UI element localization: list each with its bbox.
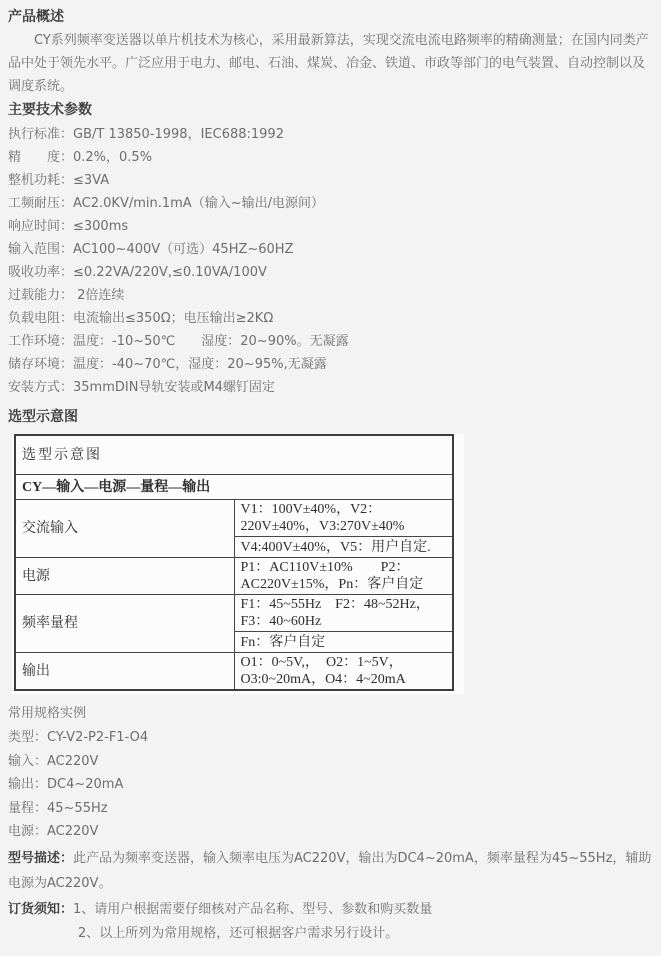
table-title-cell: 选型示意图 xyxy=(15,435,453,475)
tech-param-line: 执行标准：GB/T 13850-1998，IEC688:1992 xyxy=(8,123,653,146)
frequency-range-options-cell: Fn：客户自定 xyxy=(234,632,453,653)
tech-param-line: 安装方式：35mmDIN导轨安装或M4螺钉固定 xyxy=(8,376,653,399)
frequency-range-options-cell: F1：45~55Hz F2：48~52Hz， F3：40~60Hz xyxy=(234,595,453,632)
tech-param-line: 吸收功率：≤0.22VA/220V,≤0.10VA/100V xyxy=(8,261,653,284)
table-row: 频率量程 F1：45~55Hz F2：48~52Hz， F3：40~60Hz xyxy=(15,595,453,632)
model-description-text: 此产品为频率变送器，输入频率电压为AC220V，输出为DC4~20mA，频率量程… xyxy=(8,851,651,891)
tech-param-line: 工频耐压：AC2.0KV/min.1mA（输入~输出/电源间） xyxy=(8,192,653,215)
model-description-label: 型号描述： xyxy=(8,851,73,866)
tech-param-line: 精 度：0.2%，0.5% xyxy=(8,146,653,169)
tech-param-line: 整机功耗：≤3VA xyxy=(8,169,653,192)
product-overview-heading: 产品概述 xyxy=(8,8,653,26)
model-selection-table: 选型示意图 CY—输入—电源—量程—输出 交流输入 V1：100V±40%，V2… xyxy=(14,434,454,691)
tech-param-line: 储存环境：温度：-40~70℃，湿度：20~95%,无凝露 xyxy=(8,353,653,376)
order-note-item: 1、请用户根据需要仔细核对产品名称、型号、参数和购买数量 xyxy=(73,902,432,917)
ac-input-options-cell: V1：100V±40%，V2：220V±40%，V3:270V±40% xyxy=(234,500,453,537)
model-code-format-cell: CY—输入—电源—量程—输出 xyxy=(15,475,453,500)
order-note-item: 2、以上所列为常用规格，还可根据客户需求另行设计。 xyxy=(8,922,653,946)
tech-params-list: 执行标准：GB/T 13850-1998，IEC688:1992 精 度：0.2… xyxy=(8,123,653,399)
product-document: 产品概述 CY系列频率变送器以单片机技术为核心，采用最新算法，实现交流电流电路频… xyxy=(0,0,661,956)
table-row: CY—输入—电源—量程—输出 xyxy=(15,475,453,500)
table-row: 选型示意图 xyxy=(15,435,453,475)
order-notes-label: 订货须知： xyxy=(8,902,73,917)
spec-line: 量程：45~55Hz xyxy=(8,797,653,821)
spec-line: 电源：AC220V xyxy=(8,820,653,844)
spec-line: 类型：CY-V2-P2-F1-O4 xyxy=(8,726,653,750)
table-row: 交流输入 V1：100V±40%，V2：220V±40%，V3:270V±40% xyxy=(15,500,453,537)
tech-param-line: 响应时间：≤300ms xyxy=(8,215,653,238)
output-label-cell: 输出 xyxy=(15,653,234,691)
spec-line: 输入：AC220V xyxy=(8,750,653,774)
common-spec-example-heading: 常用规格实例 xyxy=(8,702,653,725)
tech-params-heading: 主要技术参数 xyxy=(8,101,653,119)
order-notes-line: 订货须知：1、请用户根据需要仔细核对产品名称、型号、参数和购买数量 xyxy=(8,897,653,922)
frequency-range-label-cell: 频率量程 xyxy=(15,595,234,653)
spec-line: 输出：DC4~20mA xyxy=(8,773,653,797)
output-options-cell: O1：0~5V,， O2：1~5V， O3:0~20mA，O4：4~20mA xyxy=(234,653,453,691)
tech-param-line: 负载电阻：电流输出≤350Ω；电压输出≥2KΩ xyxy=(8,307,653,330)
model-selection-table-image: 选型示意图 CY—输入—电源—量程—输出 交流输入 V1：100V±40%，V2… xyxy=(12,434,464,694)
tech-param-line: 过载能力： 2倍连续 xyxy=(8,284,653,307)
product-overview-paragraph: CY系列频率变送器以单片机技术为核心，采用最新算法，实现交流电流电路频率的精确测… xyxy=(8,29,653,98)
power-options-cell: P1：AC110V±10% P2：AC220V±15%，Pn：客户自定 xyxy=(234,558,453,595)
tech-param-line: 工作环境：温度：-10~50℃ 湿度：20~90%。无凝露 xyxy=(8,330,653,353)
power-label-cell: 电源 xyxy=(15,558,234,595)
ac-input-label-cell: 交流输入 xyxy=(15,500,234,558)
tech-param-line: 输入范围：AC100~400V（可选）45HZ~60HZ xyxy=(8,238,653,261)
table-row: 电源 P1：AC110V±10% P2：AC220V±15%，Pn：客户自定 xyxy=(15,558,453,595)
ac-input-options-cell: V4:400V±40%，V5：用户自定. xyxy=(234,537,453,558)
common-spec-list: 类型：CY-V2-P2-F1-O4 输入：AC220V 输出：DC4~20mA … xyxy=(8,726,653,844)
selection-diagram-heading: 选型示意图 xyxy=(8,408,653,426)
table-row: 输出 O1：0~5V,， O2：1~5V， O3:0~20mA，O4：4~20m… xyxy=(15,653,453,691)
